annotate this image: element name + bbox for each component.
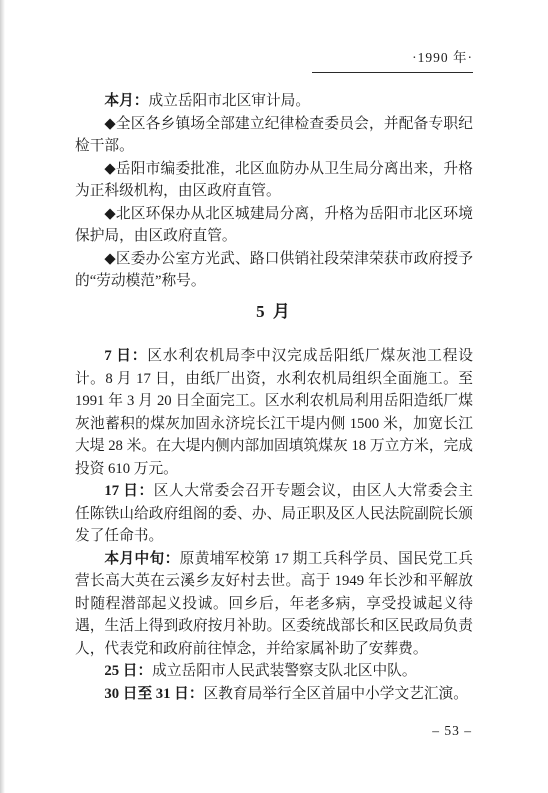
paragraph-text: 区水利农机局李中汉完成岳阳纸厂煤灰池工程设计。8 月 17 日，由纸厂出资，水利…	[75, 348, 473, 477]
section-heading-may: 5 月	[75, 301, 473, 324]
paragraph-text: ◆岳阳市编委批准，北区血防办从卫生局分离出来，升格为正科级机构，由区政府直管。	[75, 161, 473, 200]
paragraph: ◆全区各乡镇场全部建立纪律检查委员会，并配备专职纪检干部。	[75, 113, 473, 158]
paragraph: ◆区委办公室方光武、路口供销社段荣津荣获市政府授予的“劳动模范”称号。	[75, 248, 473, 293]
paragraph: ◆岳阳市编委批准，北区血防办从卫生局分离出来，升格为正科级机构，由区政府直管。	[75, 158, 473, 203]
paragraph: 本月中旬：原黄埔军校第 17 期工兵科学员、国民党工兵营长高大英在云溪乡友好村去…	[75, 548, 473, 661]
page-number: – 53 –	[432, 723, 472, 738]
paragraph: 本月：成立岳阳市北区审计局。	[75, 90, 473, 113]
paragraph-label: 本月中旬：	[104, 551, 179, 567]
paragraph-label: 本月：	[104, 93, 148, 109]
paragraph-text: 区教育局举行全区首届中小学文艺汇演。	[204, 686, 468, 702]
paragraph-text: ◆区委办公室方光武、路口供销社段荣津荣获市政府授予的“劳动模范”称号。	[75, 251, 473, 290]
paragraph: 30 日至 31 日：区教育局举行全区首届中小学文艺汇演。	[75, 683, 473, 706]
paragraph-text: ◆北区环保办从北区城建局分离，升格为岳阳市北区环境保护局，由区政府直管。	[75, 206, 473, 245]
page-footer: – 53 –	[432, 723, 472, 739]
paragraph-label: 25 日：	[104, 663, 152, 679]
paragraph-label: 17 日：	[104, 483, 153, 499]
paragraph: 7 日：区水利农机局李中汉完成岳阳纸厂煤灰池工程设计。8 月 17 日，由纸厂出…	[75, 345, 473, 480]
document-page: ·1990 年· 本月：成立岳阳市北区审计局。 ◆全区各乡镇场全部建立纪律检查委…	[0, 0, 548, 793]
page-header: ·1990 年·	[312, 50, 473, 73]
paragraph-text: ◆全区各乡镇场全部建立纪律检查委员会，并配备专职纪检干部。	[75, 116, 473, 155]
page-content: 本月：成立岳阳市北区审计局。 ◆全区各乡镇场全部建立纪律检查委员会，并配备专职纪…	[75, 90, 473, 705]
paragraph: ◆北区环保办从北区城建局分离，升格为岳阳市北区环境保护局，由区政府直管。	[75, 203, 473, 248]
scan-edge-shadow	[0, 0, 5, 793]
paragraph-text: 成立岳阳市人民武装警察支队北区中队。	[152, 663, 416, 679]
paragraph: 17 日：区人大常委会召开专题会议，由区人大常委会主任陈铁山给政府组阁的委、办、…	[75, 480, 473, 548]
paragraph-text: 成立岳阳市北区审计局。	[148, 93, 310, 109]
paragraph: 25 日：成立岳阳市人民武装警察支队北区中队。	[75, 660, 473, 683]
paragraph-label: 7 日：	[104, 348, 147, 364]
paragraph-label: 30 日至 31 日：	[104, 686, 203, 702]
year-label: ·1990 年·	[412, 50, 473, 65]
